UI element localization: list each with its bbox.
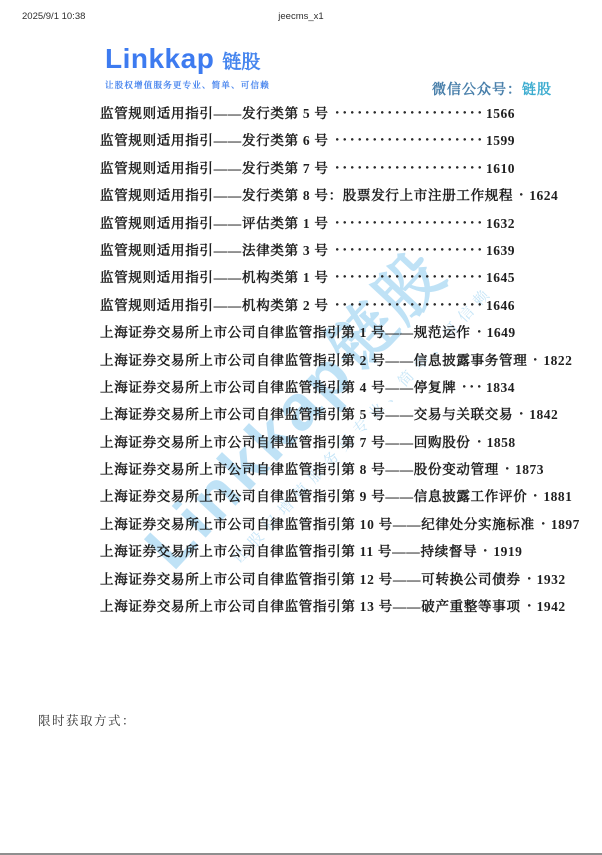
toc-row: 上海证券交易所上市公司自律监管指引第 5 号——交易与关联交易 1842 xyxy=(100,403,515,418)
toc-page-number: 1932 xyxy=(537,572,566,588)
toc-row: 上海证券交易所上市公司自律监管指引第 2 号——信息披露事务管理 1822 xyxy=(100,349,515,364)
toc-dot-leader xyxy=(336,221,481,224)
print-document-title: jeecms_x1 xyxy=(278,11,323,22)
toc-row: 上海证券交易所上市公司自律监管指引第 11 号——持续督导 1919 xyxy=(100,540,515,555)
toc-row: 上海证券交易所上市公司自律监管指引第 9 号——信息披露工作评价 1881 xyxy=(100,485,515,500)
toc-dot-leader xyxy=(520,412,524,415)
printed-page: Linkkap链股 让股权增值服务更专业、简单、可信赖 2025/9/1 10:… xyxy=(0,0,602,855)
toc-page-number: 1646 xyxy=(486,298,515,314)
toc-entry-title: 上海证券交易所上市公司自律监管指引第 12 号——可转换公司债券 xyxy=(100,568,521,588)
toc-dot-leader xyxy=(520,193,524,196)
toc-page-number: 1834 xyxy=(486,380,515,396)
toc-row: 监管规则适用指引——机构类第 1 号 1645 xyxy=(100,266,515,281)
toc-page-number: 1942 xyxy=(537,599,566,615)
toc-dot-leader xyxy=(534,358,538,361)
toc-entry-title: 上海证券交易所上市公司自律监管指引第 7 号——回购股份 xyxy=(100,431,471,451)
toc-dot-leader xyxy=(528,577,532,580)
wechat-account-prefix: 微信公众号： xyxy=(432,81,522,97)
toc-entry-title: 监管规则适用指引——发行类第 8 号：股票发行上市注册工作规程 xyxy=(100,184,513,204)
toc-list: 监管规则适用指引——发行类第 5 号 1566 监管规则适用指引——发行类第 6… xyxy=(100,102,515,622)
brand-logo: Linkkap 链股 xyxy=(105,43,270,75)
toc-page-number: 1881 xyxy=(543,489,572,505)
toc-dot-leader xyxy=(336,138,481,141)
toc-dot-leader xyxy=(336,248,481,251)
toc-row: 监管规则适用指引——发行类第 5 号 1566 xyxy=(100,102,515,117)
toc-page-number: 1599 xyxy=(486,133,515,149)
toc-row: 监管规则适用指引——发行类第 8 号：股票发行上市注册工作规程 1624 xyxy=(100,184,515,199)
toc-row: 监管规则适用指引——发行类第 6 号 1599 xyxy=(100,129,515,144)
toc-entry-title: 上海证券交易所上市公司自律监管指引第 10 号——纪律处分实施标准 xyxy=(100,513,535,533)
toc-entry-title: 上海证券交易所上市公司自律监管指引第 13 号——破产重整等事项 xyxy=(100,595,521,615)
toc-page-number: 1639 xyxy=(486,243,515,259)
toc-entry-title: 监管规则适用指引——机构类第 1 号 xyxy=(100,266,329,286)
logo-chinese-name: 链股 xyxy=(222,47,260,74)
logo-wordmark: Linkkap xyxy=(105,43,214,75)
wechat-account-name: 链股 xyxy=(522,81,552,97)
toc-entry-title: 上海证券交易所上市公司自律监管指引第 8 号——股份变动管理 xyxy=(100,458,499,478)
toc-row: 上海证券交易所上市公司自律监管指引第 8 号——股份变动管理 1873 xyxy=(100,458,515,473)
toc-page-number: 1822 xyxy=(543,353,572,369)
toc-row: 上海证券交易所上市公司自律监管指引第 1 号——规范运作 1649 xyxy=(100,321,515,336)
toc-row: 监管规则适用指引——法律类第 3 号 1639 xyxy=(100,239,515,254)
toc-row: 上海证券交易所上市公司自律监管指引第 10 号——纪律处分实施标准 1897 xyxy=(100,513,515,528)
toc-dot-leader xyxy=(463,385,481,388)
toc-page-number: 1873 xyxy=(515,462,544,478)
toc-page-number: 1624 xyxy=(529,188,558,204)
toc-dot-leader xyxy=(528,604,532,607)
toc-page-number: 1842 xyxy=(529,407,558,423)
toc-page-number: 1858 xyxy=(487,435,516,451)
toc-row: 上海证券交易所上市公司自律监管指引第 12 号——可转换公司债券 1932 xyxy=(100,568,515,583)
toc-row: 监管规则适用指引——机构类第 2 号 1646 xyxy=(100,294,515,309)
toc-entry-title: 监管规则适用指引——法律类第 3 号 xyxy=(100,239,329,259)
toc-page-number: 1645 xyxy=(486,270,515,286)
toc-entry-title: 上海证券交易所上市公司自律监管指引第 4 号——停复牌 xyxy=(100,376,456,396)
toc-page-number: 1566 xyxy=(486,106,515,122)
limited-offer-label: 限时获取方式： xyxy=(38,711,136,729)
toc-entry-title: 上海证券交易所上市公司自律监管指引第 1 号——规范运作 xyxy=(100,321,471,341)
print-header: 2025/9/1 10:38 jeecms_x1 xyxy=(22,11,580,25)
toc-dot-leader xyxy=(336,303,481,306)
toc-entry-title: 监管规则适用指引——发行类第 6 号 xyxy=(100,129,329,149)
toc-entry-title: 上海证券交易所上市公司自律监管指引第 11 号——持续督导 xyxy=(100,540,477,560)
toc-page-number: 1632 xyxy=(486,216,515,232)
toc-row: 上海证券交易所上市公司自律监管指引第 4 号——停复牌 1834 xyxy=(100,376,515,391)
toc-dot-leader xyxy=(336,111,481,114)
toc-page-number: 1610 xyxy=(486,161,515,177)
toc-entry-title: 监管规则适用指引——发行类第 7 号 xyxy=(100,157,329,177)
toc-row: 监管规则适用指引——评估类第 1 号 1632 xyxy=(100,212,515,227)
toc-page-number: 1919 xyxy=(493,544,522,560)
toc-dot-leader xyxy=(506,467,510,470)
brand-logo-block: Linkkap 链股 让股权增值服务更专业、简单、可信赖 xyxy=(105,43,270,91)
toc-dot-leader xyxy=(478,440,482,443)
toc-row: 上海证券交易所上市公司自律监管指引第 13 号——破产重整等事项 1942 xyxy=(100,595,515,610)
logo-tagline: 让股权增值服务更专业、简单、可信赖 xyxy=(105,79,270,91)
wechat-account-label: 微信公众号：链股 xyxy=(432,79,552,99)
print-datetime: 2025/9/1 10:38 xyxy=(22,11,85,22)
toc-dot-leader xyxy=(484,549,488,552)
toc-row: 监管规则适用指引——发行类第 7 号 1610 xyxy=(100,157,515,172)
toc-entry-title: 监管规则适用指引——评估类第 1 号 xyxy=(100,212,329,232)
toc-row: 上海证券交易所上市公司自律监管指引第 7 号——回购股份 1858 xyxy=(100,431,515,446)
toc-entry-title: 上海证券交易所上市公司自律监管指引第 2 号——信息披露事务管理 xyxy=(100,349,527,369)
toc-entry-title: 监管规则适用指引——机构类第 2 号 xyxy=(100,294,329,314)
toc-page-number: 1897 xyxy=(551,517,580,533)
toc-dot-leader xyxy=(336,275,481,278)
toc-entry-title: 上海证券交易所上市公司自律监管指引第 9 号——信息披露工作评价 xyxy=(100,485,527,505)
toc-dot-leader xyxy=(542,522,546,525)
toc-entry-title: 上海证券交易所上市公司自律监管指引第 5 号——交易与关联交易 xyxy=(100,403,513,423)
toc-dot-leader xyxy=(478,330,482,333)
toc-entry-title: 监管规则适用指引——发行类第 5 号 xyxy=(100,102,329,122)
toc-page-number: 1649 xyxy=(487,325,516,341)
toc-dot-leader xyxy=(336,166,481,169)
toc-dot-leader xyxy=(534,494,538,497)
